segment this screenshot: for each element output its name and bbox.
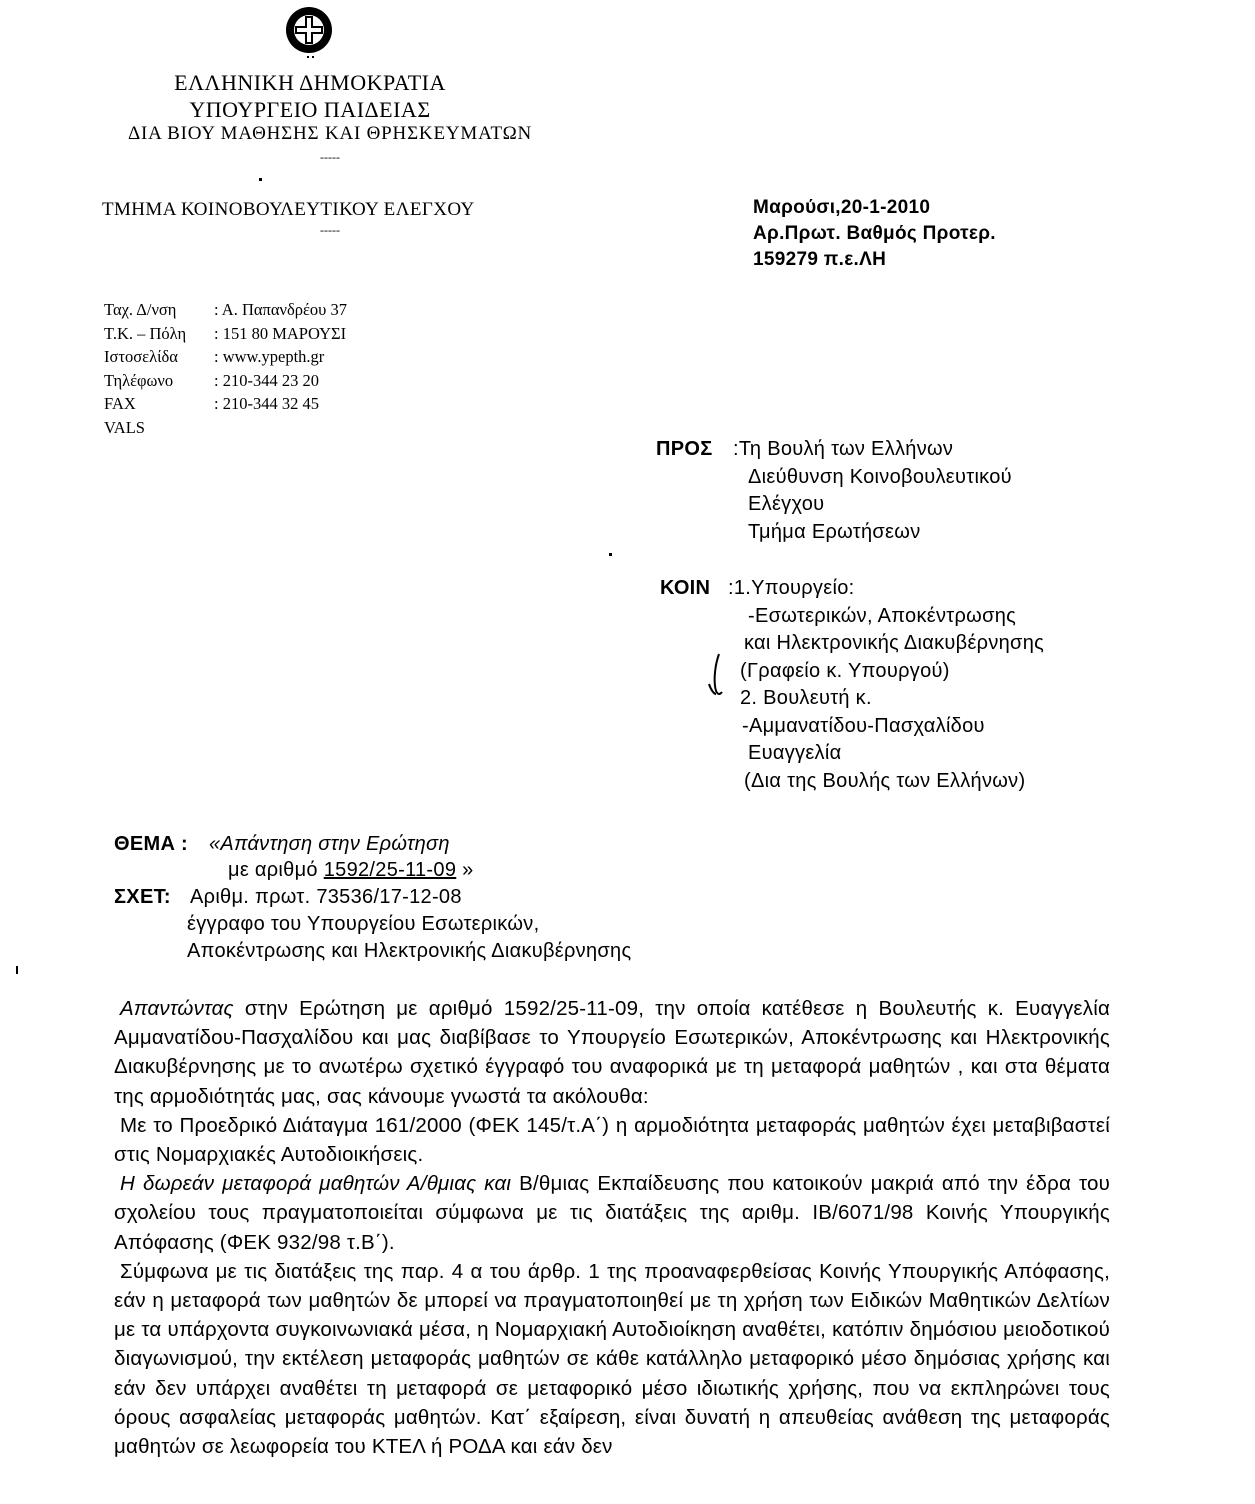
cc-line: -Αμμανατίδου-Πασχαλίδου [728,713,1044,741]
cc-line: (Γραφείο κ. Υπουργού) [728,658,1044,686]
subject-line-1: «Απάντηση στην Ερώτηση [209,831,450,857]
letter-body: Απαντώντας στην Ερώτηση με αριθμό 1592/2… [114,994,1110,1461]
contact-label: FAX [104,392,214,416]
place-date: Μαρούσι,20-1-2010 [753,195,996,221]
contact-row-website: Ιστοσελίδα : www.ypepth.gr [104,345,347,369]
body-paragraph-2: Με το Προεδρικό Διάταγμα 161/2000 (ΦΕΚ 1… [114,1111,1110,1169]
recipient-line: :Τη Βουλή των Ελλήνων [733,436,1012,464]
contact-label: Ταχ. Δ/νση [104,298,214,322]
cc-line: (Δια της Βουλής των Ελλήνων) [728,768,1044,796]
recipient-line: Ελέγχου [733,491,1012,519]
to-recipients: :Τη Βουλή των Ελλήνων Διεύθυνση Κοινοβου… [733,436,1012,546]
check-mark-icon [705,650,727,710]
contact-value: : 210-344 23 20 [214,369,319,393]
cc-line: -Εσωτερικών, Αποκέντρωσης [728,603,1044,631]
contact-label: Τηλέφωνο [104,369,214,393]
body-paragraph-3: Η δωρεάν μεταφορά μαθητών Α/θμιας και Β/… [114,1169,1110,1257]
letterhead-ministry: ΥΠΟΥΡΓΕΙΟ ΠΑΙΔΕΙΑΣ [120,97,500,123]
question-number: 1592/25-11-09 [324,859,457,881]
department-separator: ----- [300,223,360,238]
to-label: ΠΡΟΣ [656,436,713,464]
contact-row-address: Ταχ. Δ/νση : Α. Παπανδρέου 37 [104,298,347,322]
contact-value: : 210-344 32 45 [214,392,319,416]
cc-line: Ευαγγελία [728,740,1044,768]
contact-value: : Α. Παπανδρέου 37 [214,298,347,322]
recipient-line: Τμήμα Ερωτήσεων [733,519,1012,547]
letterhead-separator: ----- [300,150,360,165]
scan-speck [16,966,18,974]
reference-label: ΣΧΕΤ: [114,884,171,910]
contact-label: Τ.Κ. – Πόλη [104,322,214,346]
department-name: ΤΜΗΜΑ ΚΟΙΝΟΒΟΥΛΕΥΤΙΚΟΥ ΕΛΕΓΧΟΥ [102,199,475,221]
reference-line-2: έγγραφο του Υπουργείου Εσωτερικών, [187,911,539,937]
subject-label: ΘΕΜΑ : [114,831,188,857]
recipient-line: Διεύθυνση Κοινοβουλευτικού [733,464,1012,492]
letterhead-ministry-sub: ΔΙΑ ΒΙΟΥ ΜΑΘΗΣΗΣ ΚΑΙ ΘΡΗΣΚΕΥΜΑΤΩΝ [110,123,550,145]
reference-line-1: Αριθμ. πρωτ. 73536/17-12-08 [190,884,462,910]
subject-prefix: με αριθμό [228,859,324,881]
body-italic-lead: Απαντώντας [120,997,234,1020]
subject-suffix: » [456,859,473,881]
cc-label: ΚΟΙΝ [660,575,710,603]
contact-row-vals: VALS [104,416,347,440]
reference-line-3: Αποκέντρωσης και Ηλεκτρονικής Διακυβέρνη… [187,938,631,964]
protocol-number: 159279 π.ε.ΛΗ [753,247,996,273]
greek-coat-of-arms-icon [283,4,335,62]
contact-row-postcode: Τ.Κ. – Πόλη : 151 80 ΜΑΡΟΥΣΙ [104,322,347,346]
cc-line: 2. Βουλευτή κ. [728,685,1044,713]
protocol-header: Αρ.Πρωτ. Βαθμός Προτερ. [753,221,996,247]
contact-info: Ταχ. Δ/νση : Α. Παπανδρέου 37 Τ.Κ. – Πόλ… [104,298,347,440]
contact-value: : 151 80 ΜΑΡΟΥΣΙ [214,322,346,346]
body-text: στην Ερώτηση με αριθμό 1592/25-11-09, τη… [114,997,1110,1108]
cc-line: και Ηλεκτρονικής Διακυβέρνησης [728,630,1044,658]
cc-line: :1.Υπουργείο: [728,575,1044,603]
contact-value: : www.ypepth.gr [214,345,324,369]
subject-line-2: με αριθμό 1592/25-11-09 » [228,857,474,883]
scan-speck [259,178,262,181]
body-paragraph-4: Σύμφωνα με τις διατάξεις της παρ. 4 α το… [114,1257,1110,1461]
letterhead-country: ΕΛΛΗΝΙΚΗ ΔΗΜΟΚΡΑΤΙΑ [120,70,500,96]
contact-label: VALS [104,416,214,440]
date-protocol-block: Μαρούσι,20-1-2010 Αρ.Πρωτ. Βαθμός Προτερ… [753,195,996,273]
contact-row-phone: Τηλέφωνο : 210-344 23 20 [104,369,347,393]
body-paragraph-1: Απαντώντας στην Ερώτηση με αριθμό 1592/2… [114,994,1110,1111]
cc-recipients: :1.Υπουργείο: -Εσωτερικών, Αποκέντρωσης … [728,575,1044,795]
body-italic-lead: Η δωρεάν μεταφορά μαθητών Α/θμιας και [120,1172,511,1195]
contact-row-fax: FAX : 210-344 32 45 [104,392,347,416]
contact-label: Ιστοσελίδα [104,345,214,369]
scan-speck [609,553,612,556]
